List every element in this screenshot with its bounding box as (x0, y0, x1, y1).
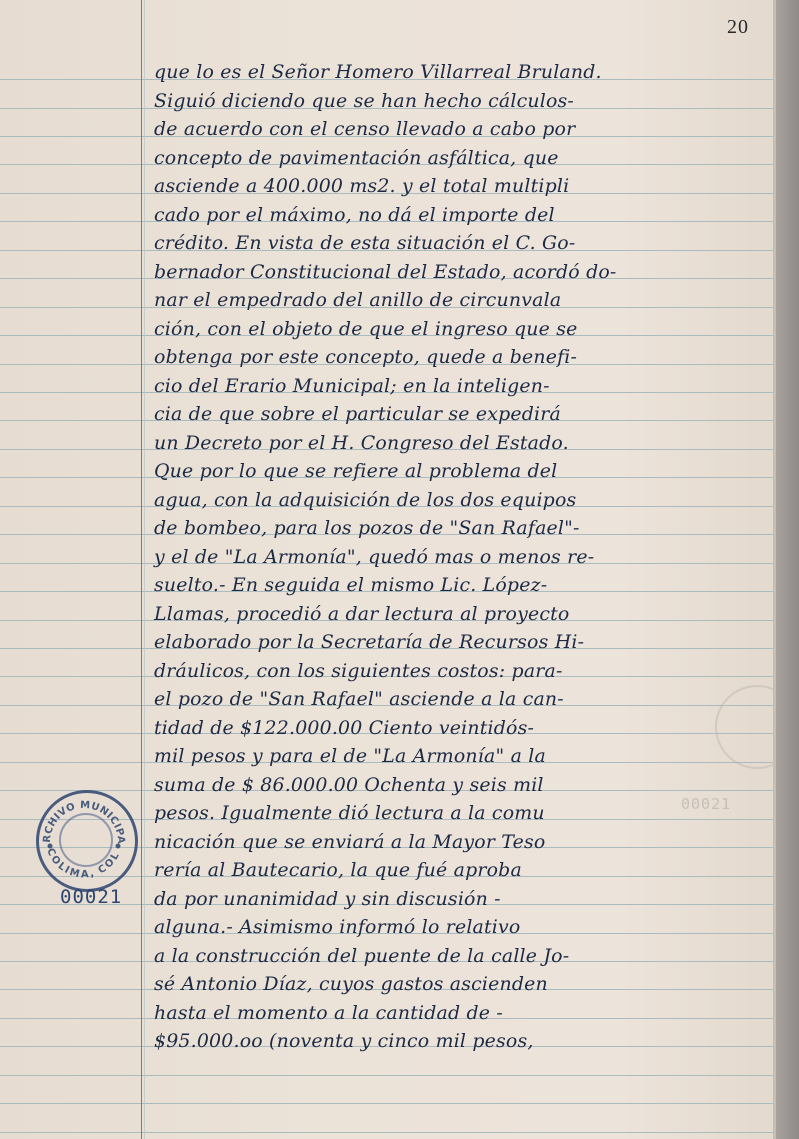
stamp-star-icon (116, 844, 121, 849)
text-line: pesos. Igualmente dió lectura a la comu (154, 799, 770, 828)
ledger-page: 20 que lo es el Señor Homero Villarreal … (0, 0, 776, 1139)
text-line: rería al Bautecario, la que fué aproba (154, 856, 770, 885)
text-line: Siguió diciendo que se han hecho cálculo… (154, 87, 770, 116)
text-line: que lo es el Señor Homero Villarreal Bru… (154, 58, 770, 87)
text-line: dráulicos, con los siguientes costos: pa… (154, 657, 770, 686)
text-line: suelto.- En seguida el mismo Lic. López- (154, 571, 770, 600)
text-line: obtenga por este concepto, quede a benef… (154, 343, 770, 372)
text-line: $95.000.oo (noventa y cinco mil pesos, (154, 1027, 770, 1056)
text-line: elaborado por la Secretaría de Recursos … (154, 628, 770, 657)
handwritten-text: que lo es el Señor Homero Villarreal Bru… (154, 58, 774, 1056)
text-line: suma de $ 86.000.00 Ochenta y seis mil (154, 771, 770, 800)
book-edge (776, 0, 799, 1139)
svg-text:ARCHIVO MUNICIPAL: ARCHIVO MUNICIPAL (36, 790, 126, 844)
text-line: asciende a 400.000 ms2. y el total multi… (154, 172, 770, 201)
text-line: concepto de pavimentación asfáltica, que (154, 144, 770, 173)
text-line: tidad de $122.000.00 Ciento veintidós- (154, 714, 770, 743)
text-line: cio del Erario Municipal; en la intelige… (154, 372, 770, 401)
text-line: nar el empedrado del anillo de circunval… (154, 286, 770, 315)
text-line: cia de que sobre el particular se expedi… (154, 400, 770, 429)
text-line: de bombeo, para los pozos de "San Rafael… (154, 514, 770, 543)
text-line: bernador Constitucional del Estado, acor… (154, 258, 770, 287)
text-line: nicación que se enviará a la Mayor Teso (154, 828, 770, 857)
archive-stamp: ARCHIVO MUNICIPAL COLIMA, COL. (36, 790, 138, 892)
margin-rule-secondary (144, 0, 145, 1139)
ruled-line (0, 1075, 776, 1076)
text-line: un Decreto por el H. Congreso del Estado… (154, 429, 770, 458)
text-line: mil pesos y para el de "La Armonía" a la (154, 742, 770, 771)
text-line: a la construcción del puente de la calle… (154, 942, 770, 971)
faded-folio-bleedthrough: 00021 (681, 795, 731, 813)
margin-rule (141, 0, 142, 1139)
text-line: Llamas, procedió a dar lectura al proyec… (154, 600, 770, 629)
text-line: Que por lo que se refiere al problema de… (154, 457, 770, 486)
stamp-text-ring: ARCHIVO MUNICIPAL COLIMA, COL. (36, 790, 132, 886)
text-line: cado por el máximo, no dá el importe del (154, 201, 770, 230)
text-line: y el de "La Armonía", quedó mas o menos … (154, 543, 770, 572)
stamp-star-icon (48, 844, 53, 849)
text-line: el pozo de "San Rafael" asciende a la ca… (154, 685, 770, 714)
text-line: alguna.- Asimismo informó lo relativo (154, 913, 770, 942)
text-line: sé Antonio Díaz, cuyos gastos ascienden (154, 970, 770, 999)
stamp-top-text: ARCHIVO MUNICIPAL (36, 790, 126, 844)
text-line: de acuerdo con el censo llevado a cabo p… (154, 115, 770, 144)
ruled-line (0, 1103, 776, 1104)
page-number: 20 (727, 16, 749, 39)
text-line: da por unanimidad y sin discusión - (154, 885, 770, 914)
ruled-line (0, 1132, 776, 1133)
text-line: ción, con el objeto de que el ingreso qu… (154, 315, 770, 344)
text-line: agua, con la adquisición de los dos equi… (154, 486, 770, 515)
text-line: hasta el momento a la cantidad de - (154, 999, 770, 1028)
text-line: crédito. En vista de esta situación el C… (154, 229, 770, 258)
folio-number: 00021 (60, 886, 122, 908)
